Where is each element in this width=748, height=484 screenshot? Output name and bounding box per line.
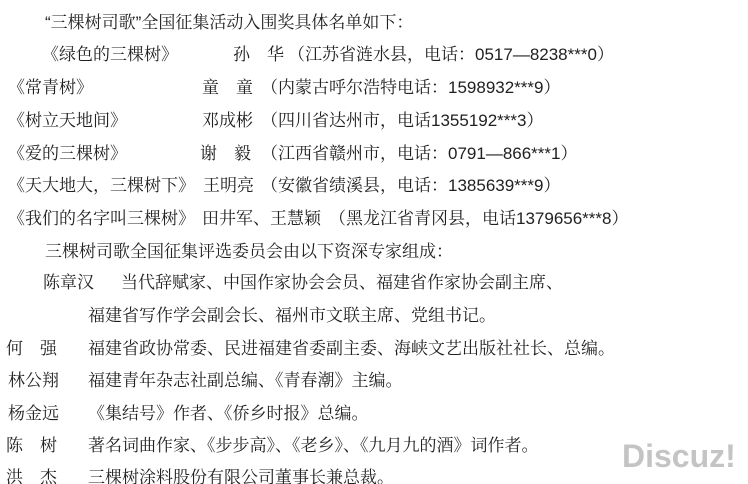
winner-name: 王明亮	[203, 171, 254, 196]
committee-row: 杨金远 《集结号》作者、《侨乡时报》总编。	[0, 399, 748, 423]
committee-row-continuation: 福建省写作学会副会长、福州市文联主席、党组书记。	[0, 301, 748, 325]
winner-name: 孙 华	[233, 40, 284, 65]
winner-name: 田井军、王慧颖	[202, 204, 321, 229]
expert-name: 洪 杰	[6, 463, 57, 484]
song-title: 《树立天地间》	[8, 106, 127, 131]
winner-info: （内蒙古呼尔浩特电话：1598932***9）	[261, 73, 560, 98]
song-title: 《我们的名字叫三棵树》	[8, 204, 195, 229]
winner-info: （四川省达州市，电话1355192***3）	[261, 106, 543, 131]
expert-name: 林公翔	[8, 366, 59, 391]
winner-info: （江西省赣州市，电话：0791—866***1）	[261, 139, 577, 164]
committee-intro-line: 三棵树司歌全国征集评选委员会由以下资深专家组成：	[0, 237, 748, 261]
expert-desc: 福建省政协常委、民进福建省委副主委、海峡文艺出版社社长、总编。	[88, 334, 615, 359]
expert-desc: 著名词曲作家、《步步高》、《老乡》、《九月九的酒》词作者。	[88, 431, 539, 456]
expert-desc: 当代辞赋家、中国作家协会会员、福建省作家协会副主席、	[121, 268, 563, 293]
winner-row: 《树立天地间》 邓成彬 （四川省达州市，电话1355192***3）	[0, 106, 748, 130]
intro-line: “三棵树司歌”全国征集活动入围奖具体名单如下：	[0, 8, 748, 32]
winner-row: 《我们的名字叫三棵树》 田井军、王慧颖 （黑龙江省青冈县，电话1379656**…	[0, 204, 748, 228]
winner-name: 童 童	[202, 73, 253, 98]
intro-text: “三棵树司歌”全国征集活动入围奖具体名单如下：	[45, 8, 413, 33]
song-title: 《绿色的三棵树》	[42, 40, 178, 65]
committee-row: 何 强 福建省政协常委、民进福建省委副主委、海峡文艺出版社社长、总编。	[0, 334, 748, 358]
winner-row: 《爱的三棵树》 谢 毅 （江西省赣州市，电话：0791—866***1）	[0, 139, 748, 163]
winner-info: （江苏省涟水县，电话：0517—8238***0）	[288, 40, 614, 65]
song-title: 《常青树》	[8, 73, 93, 98]
committee-intro-text: 三棵树司歌全国征集评选委员会由以下资深专家组成：	[45, 237, 453, 262]
expert-desc: 福建青年杂志社副总编、《青春潮》主编。	[88, 366, 403, 391]
expert-name: 陈章汉	[43, 268, 94, 293]
expert-desc-continuation: 福建省写作学会副会长、福州市文联主席、党组书记。	[88, 301, 496, 326]
song-title: 《天大地大，三棵树下》	[8, 171, 195, 196]
expert-name: 陈 树	[6, 431, 57, 456]
expert-name: 杨金远	[8, 399, 59, 424]
expert-desc: 三棵树涂料股份有限公司董事长兼总裁。	[88, 463, 394, 484]
winner-row: 《绿色的三棵树》 孙 华 （江苏省涟水县，电话：0517—8238***0）	[0, 40, 748, 64]
expert-desc: 《集结号》作者、《侨乡时报》总编。	[88, 399, 369, 424]
committee-row: 林公翔 福建青年杂志社副总编、《青春潮》主编。	[0, 366, 748, 390]
winner-row: 《天大地大，三棵树下》 王明亮 （安徽省绩溪县，电话：1385639***9）	[0, 171, 748, 195]
document-page: “三棵树司歌”全国征集活动入围奖具体名单如下： 《绿色的三棵树》 孙 华 （江苏…	[0, 0, 748, 484]
winner-row: 《常青树》 童 童 （内蒙古呼尔浩特电话：1598932***9）	[0, 73, 748, 97]
expert-name: 何 强	[6, 334, 57, 359]
winner-name: 谢 毅	[200, 139, 251, 164]
winner-name: 邓成彬	[202, 106, 253, 131]
committee-row: 陈章汉 当代辞赋家、中国作家协会会员、福建省作家协会副主席、	[0, 268, 748, 292]
discuz-watermark: Discuz!	[622, 438, 736, 475]
song-title: 《爱的三棵树》	[8, 139, 127, 164]
winner-info: （安徽省绩溪县，电话：1385639***9）	[261, 171, 560, 196]
winner-info: （黑龙江省青冈县，电话1379656***8）	[329, 204, 628, 229]
